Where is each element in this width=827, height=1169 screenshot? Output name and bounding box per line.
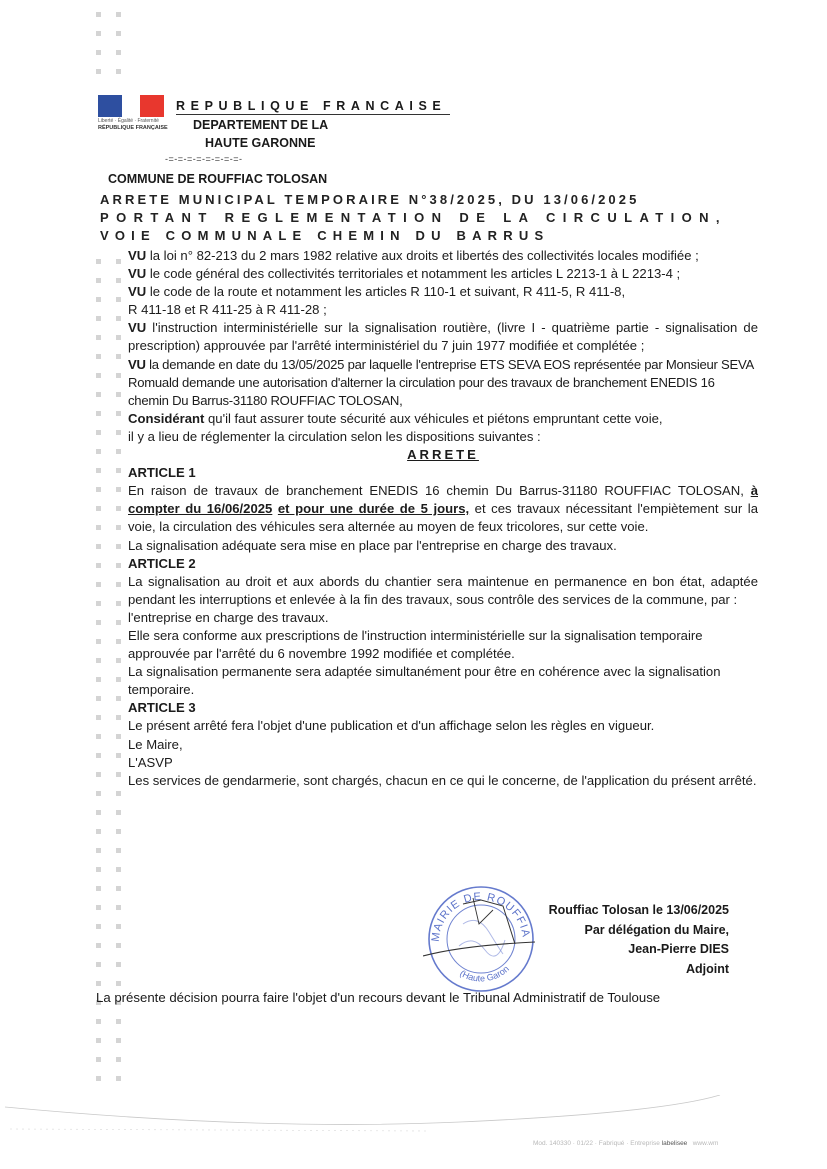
article-2-heading: ARTICLE 2 bbox=[128, 555, 758, 573]
considerant: Considérant qu'il faut assurer toute séc… bbox=[128, 410, 758, 446]
form-footer: Mod. 140330 · 01/22 · Fabriqué · Entrepr… bbox=[533, 1140, 718, 1147]
decree-title-line-3: VOIE COMMUNALE CHEMIN DU BARRUS bbox=[100, 228, 549, 243]
article-1-paragraph-2: La signalisation adéquate sera mise en p… bbox=[128, 537, 758, 555]
visa-2: VU le code général des collectivités ter… bbox=[128, 265, 758, 283]
tricolor-flag-icon bbox=[98, 95, 164, 117]
department-line-2: HAUTE GARONNE bbox=[205, 136, 315, 150]
article-1-heading: ARTICLE 1 bbox=[128, 464, 758, 482]
signatory-role: Adjoint bbox=[549, 960, 729, 980]
logo-motto: Liberté · Égalité · Fraternité bbox=[98, 118, 159, 124]
mairie-stamp-icon: MAIRIE DE ROUFFIAC TOLOSAN (Haute Garonn… bbox=[423, 884, 539, 994]
signature-delegation: Par délégation du Maire, bbox=[549, 921, 729, 941]
decree-title-line-1: ARRETE MUNICIPAL TEMPORAIRE N°38/2025, D… bbox=[100, 192, 639, 207]
decree-body: VU la loi n° 82-213 du 2 mars 1982 relat… bbox=[128, 247, 758, 790]
commune-name: COMMUNE DE ROUFFIAC TOLOSAN bbox=[108, 172, 327, 186]
logo-name: RÉPUBLIQUE FRANÇAISE bbox=[98, 125, 168, 131]
republic-heading: REPUBLIQUE FRANCAISE bbox=[176, 99, 450, 115]
department-line-1: DEPARTEMENT DE LA bbox=[193, 118, 328, 132]
appeal-notice: La présente décision pourra faire l'obje… bbox=[96, 990, 660, 1005]
article-2-paragraph-1: La signalisation au droit et aux abords … bbox=[128, 573, 758, 609]
article-3-paragraph-3: L'ASVP bbox=[128, 754, 758, 772]
visa-1: VU la loi n° 82-213 du 2 mars 1982 relat… bbox=[128, 247, 758, 265]
visa-4: VU l'instruction interministérielle sur … bbox=[128, 319, 758, 355]
article-2-paragraph-4: La signalisation permanente sera adaptée… bbox=[128, 663, 758, 699]
separator: -=-=-=-=-=-=-=-=- bbox=[165, 154, 243, 164]
signature-block: Rouffiac Tolosan le 13/06/2025 Par délég… bbox=[549, 901, 729, 979]
article-2-paragraph-3: Elle sera conforme aux prescriptions de … bbox=[128, 627, 758, 663]
article-1-paragraph-1: En raison de travaux de branchement ENED… bbox=[128, 482, 758, 536]
article-3-paragraph-4: Les services de gendarmerie, sont chargé… bbox=[128, 772, 758, 790]
arrete-heading: ARRETE bbox=[128, 446, 758, 464]
decree-title-line-2: PORTANT REGLEMENTATION DE LA CIRCULATION… bbox=[100, 210, 727, 225]
article-3-paragraph-2: Le Maire, bbox=[128, 736, 758, 754]
article-2-paragraph-2: l'entreprise en charge des travaux. bbox=[128, 609, 758, 627]
scan-page-edge bbox=[0, 1095, 827, 1135]
marianne-logo: Liberté · Égalité · Fraternité RÉPUBLIQU… bbox=[98, 95, 166, 139]
signatory-name: Jean-Pierre DIES bbox=[549, 940, 729, 960]
signature-place-date: Rouffiac Tolosan le 13/06/2025 bbox=[549, 901, 729, 921]
svg-text:MAIRIE DE ROUFFIAC TOLOSAN: MAIRIE DE ROUFFIAC TOLOSAN bbox=[423, 884, 532, 942]
visa-5: VU la demande en date du 13/05/2025 par … bbox=[128, 356, 758, 410]
article-3-heading: ARTICLE 3 bbox=[128, 699, 758, 717]
visa-3: VU le code de la route et notamment les … bbox=[128, 283, 758, 319]
article-3-paragraph-1: Le présent arrêté fera l'objet d'une pub… bbox=[128, 717, 758, 735]
